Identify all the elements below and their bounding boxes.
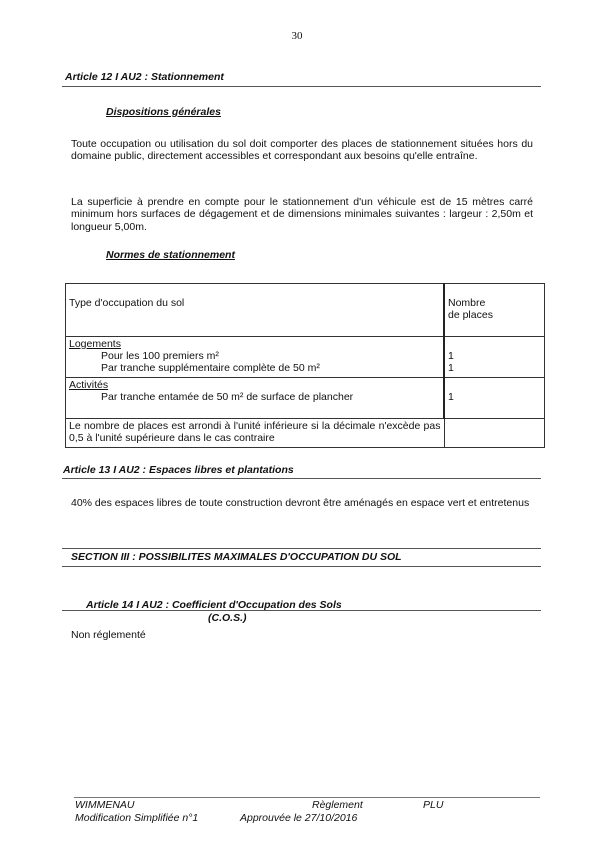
row-value: 1 bbox=[448, 362, 541, 374]
table-header-row: Type d'occupation du sol Nombre de place… bbox=[66, 284, 545, 337]
table-row: Logements Pour les 100 premiers m² Par t… bbox=[66, 337, 545, 378]
parking-norms-table: Type d'occupation du sol Nombre de place… bbox=[65, 283, 545, 448]
row-text: Par tranche entamée de 50 m² de surface … bbox=[69, 391, 440, 403]
page-number: 30 bbox=[0, 30, 594, 42]
article-13-rule bbox=[62, 478, 541, 479]
empty-cell bbox=[444, 419, 545, 448]
dispositions-generales-heading: Dispositions générales bbox=[106, 106, 221, 118]
section-3-bottom-rule bbox=[62, 566, 541, 567]
normes-stationnement-heading: Normes de stationnement bbox=[106, 249, 235, 261]
header-places: Nombre de places bbox=[444, 284, 545, 337]
paragraph-text: Toute occupation ou utilisation du sol d… bbox=[71, 138, 533, 163]
article-13-paragraph: 40% des espaces libres de toute construc… bbox=[71, 497, 531, 509]
row-text: Pour les 100 premiers m² bbox=[69, 350, 440, 362]
row-value: 1 bbox=[448, 391, 541, 403]
row-text: Par tranche supplémentaire complète de 5… bbox=[69, 362, 440, 374]
header-places-line1: Nombre bbox=[448, 297, 541, 309]
group-label: Activités bbox=[69, 379, 440, 391]
header-type: Type d'occupation du sol bbox=[66, 284, 445, 337]
article-14-paragraph: Non réglementé bbox=[71, 629, 146, 641]
table-row: Activités Par tranche entamée de 50 m² d… bbox=[66, 378, 545, 419]
footer-rule bbox=[74, 797, 540, 798]
article-12-rule bbox=[62, 86, 541, 87]
rounding-note: Le nombre de places est arrondi à l'unit… bbox=[66, 419, 445, 448]
article-12-paragraph-1: Toute occupation ou utilisation du sol d… bbox=[71, 138, 533, 163]
footer-plan: PLU bbox=[423, 799, 443, 812]
row-value: 1 bbox=[448, 350, 541, 362]
paragraph-text: La superficie à prendre en compte pour l… bbox=[71, 196, 533, 233]
group-label: Logements bbox=[69, 338, 440, 350]
article-12-title: Article 12 I AU2 : Stationnement bbox=[65, 71, 224, 83]
footer-commune: WIMMENAU bbox=[75, 799, 135, 812]
group-activites-values: 1 bbox=[444, 378, 545, 419]
footer-modification: Modification Simplifiée n°1 bbox=[75, 812, 198, 825]
article-13-title: Article 13 I AU2 : Espaces libres et pla… bbox=[63, 464, 294, 476]
article-14-rule bbox=[62, 610, 541, 611]
group-activites: Activités Par tranche entamée de 50 m² d… bbox=[66, 378, 445, 419]
footer-approved-date: Approuvée le 27/10/2016 bbox=[240, 812, 357, 825]
article-14-title-line2: (C.O.S.) bbox=[208, 612, 247, 624]
section-3-top-rule bbox=[62, 548, 541, 549]
article-12-paragraph-2: La superficie à prendre en compte pour l… bbox=[71, 196, 533, 233]
group-logements-values: 1 1 bbox=[444, 337, 545, 378]
table-note-row: Le nombre de places est arrondi à l'unit… bbox=[66, 419, 545, 448]
section-3-title: SECTION III : POSSIBILITES MAXIMALES D'O… bbox=[71, 551, 402, 563]
header-places-line2: de places bbox=[448, 309, 541, 321]
footer-doc-type: Règlement bbox=[312, 799, 363, 812]
group-logements: Logements Pour les 100 premiers m² Par t… bbox=[66, 337, 445, 378]
